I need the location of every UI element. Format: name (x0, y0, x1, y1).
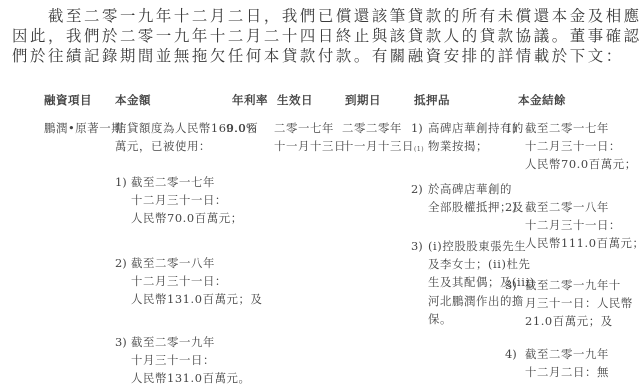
list-number: 3) (411, 237, 423, 255)
principal-balance-item: 截至二零一八年 十二月三十一日： 人民幣111.0百萬元； (525, 198, 641, 253)
header-collateral: 抵押品 (414, 92, 450, 108)
collateral-item: (i)控股股東張先生 及李女士；(ii)杜先 生及其配偶；及(iii) 河北鵬潤… (428, 237, 535, 328)
header-financing-item: 融資項目 (44, 92, 92, 108)
principal-amount-item: 截至二零一八年 十二月三十一日： 人民幣131.0百萬元；及 (131, 254, 263, 309)
principal-amount-item: 截至二零一七年 十二月三十一日： 人民幣70.0百萬元； (131, 173, 243, 228)
annual-rate: 9.0% (226, 119, 257, 137)
list-number: 1) (115, 173, 127, 191)
header-effective-date: 生效日 (277, 92, 313, 108)
header-principal-balance: 本金結餘 (518, 92, 566, 108)
list-number: 2) (115, 254, 127, 272)
header-annual-rate: 年利率 (232, 92, 268, 108)
effective-date: 二零一七年 十一月十三日 (274, 119, 346, 155)
list-number: 3) (115, 333, 127, 351)
principal-balance-item: 截至二零一九年 十二月二日：無 (525, 345, 609, 381)
paragraph-line: 截至二零一九年十二月二日，我們已償還該筆貸款的所有未償還本金及相應利息， (12, 6, 632, 26)
list-number: 3) (505, 276, 517, 294)
principal-amount-item: 截至二零一九年 十月三十一日： 人民幣131.0百萬元。 (131, 333, 251, 388)
list-number: 4) (505, 345, 517, 363)
list-number: 2) (411, 180, 423, 198)
list-number: 1) (505, 119, 517, 137)
paragraph-line: 們於往績記錄期間並無拖欠任何本貸款付款。有關融資安排的詳情載於下文： (12, 46, 632, 66)
principal-balance-item: 截至二零一九年十 月三十一日：人民幣 21.0百萬元；及 (525, 276, 633, 331)
list-number: 2) (505, 198, 517, 216)
list-number: 1) (411, 119, 423, 137)
footnote-marker: (1) (414, 146, 424, 153)
header-principal-amount: 本金額 (115, 92, 151, 108)
financing-item-name: 鵬潤•原著一期 (44, 119, 123, 137)
header-maturity-date: 到期日 (345, 92, 381, 108)
intro-paragraph: 截至二零一九年十二月二日，我們已償還該筆貸款的所有未償還本金及相應利息， 因此，… (12, 6, 632, 66)
paragraph-line: 因此，我們於二零一九年十二月二十四日終止與該貸款人的貸款協議。董事確認，我 (12, 26, 632, 46)
principal-balance-item: 截至二零一七年 十二月三十一日： 人民幣70.0百萬元； (525, 119, 637, 174)
